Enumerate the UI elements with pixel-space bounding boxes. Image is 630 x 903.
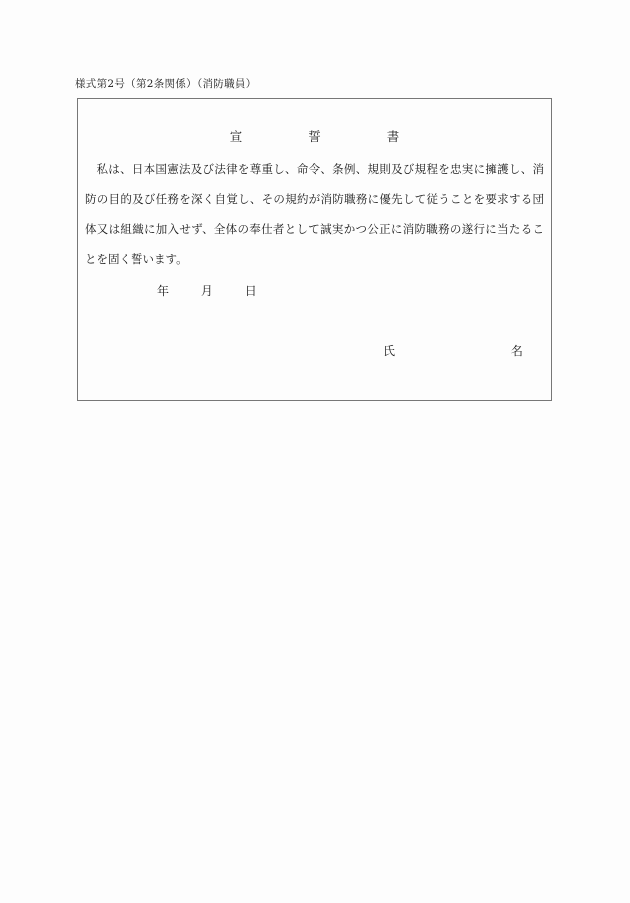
oath-body-line: とを固く誓います。 <box>85 244 544 274</box>
document-page: 様式第2号（第2条関係）（消防職員） 宣 誓 書 私は、日本国憲法及び法律を尊重… <box>0 0 630 903</box>
name-label-mei: 名 <box>511 342 523 359</box>
oath-body-line: 私は、日本国憲法及び法律を尊重し、命令、条例、規則及び規程を忠実に擁護し、消 <box>85 154 544 184</box>
oath-form-box: 宣 誓 書 私は、日本国憲法及び法律を尊重し、命令、条例、規則及び規程を忠実に擁… <box>77 98 552 401</box>
name-line: 氏 名 <box>383 342 523 359</box>
oath-body-line: 体又は組織に加入せず、全体の奉仕者として誠実かつ公正に消防職務の遂行に当たるこ <box>85 214 544 244</box>
oath-title-char-2: 誓 <box>308 127 321 145</box>
oath-title-char-3: 書 <box>387 127 400 145</box>
oath-title-char-1: 宣 <box>230 127 243 145</box>
date-label-month: 月 <box>201 282 213 299</box>
date-label-day: 日 <box>245 282 257 299</box>
oath-body-line: 防の目的及び任務を深く自覚し、その規約が消防職務に優先して従うことを要求する団 <box>85 184 544 214</box>
oath-title: 宣 誓 書 <box>78 127 551 145</box>
name-label-shi: 氏 <box>383 342 395 359</box>
form-number-label: 様式第2号（第2条関係）（消防職員） <box>75 76 257 91</box>
date-line: 年 月 日 <box>157 282 257 299</box>
oath-body-paragraph: 私は、日本国憲法及び法律を尊重し、命令、条例、規則及び規程を忠実に擁護し、消 防… <box>85 154 544 274</box>
date-label-year: 年 <box>157 282 169 299</box>
